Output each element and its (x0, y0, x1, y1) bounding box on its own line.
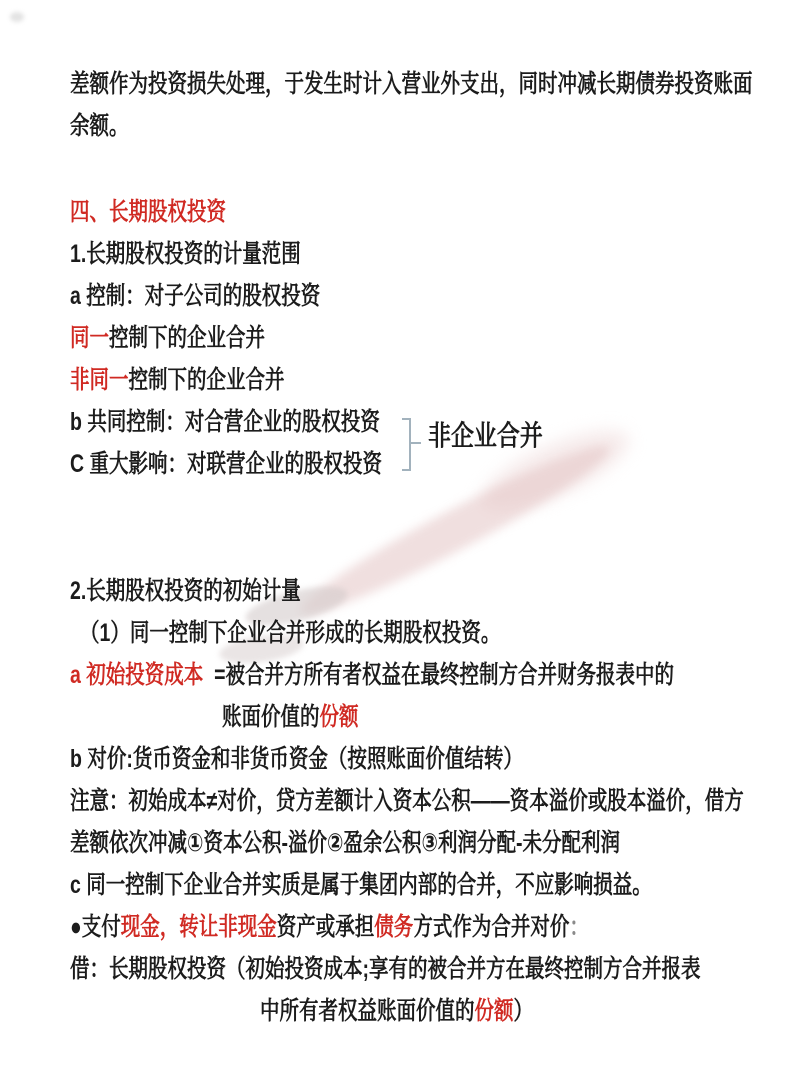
line-content: 注意：初始成本≠对价，贷方差额计入资本公积——资本溢价或股本溢价，借方 (70, 780, 744, 822)
text-line: 同一控制下的企业合并 (70, 317, 770, 359)
line-text: C 重大影响：对联营企业的股权投资 (70, 450, 382, 478)
text-line: b 对价:货币资金和非货币资金（按照账面价值结转） (70, 738, 770, 780)
emphasis-text: 同一 (70, 324, 109, 352)
text-line: 中所有者权益账面价值的份额） (70, 990, 770, 1032)
notes-page: 差额作为投资损失处理，于发生时计入营业外支出，同时冲减长期债券投资账面 余额。 … (70, 63, 770, 1032)
text-line: 余额。 (70, 105, 770, 147)
spacer (70, 147, 770, 191)
emphasis-text: 非同一 (70, 366, 129, 394)
line-text: 资产或承担 (277, 913, 375, 941)
text-line: （1）同一控制下企业合并形成的长期股权投资。 (70, 612, 770, 654)
text-line: 借：长期股权投资（初始投资成本;享有的被合并方在最终控制方合并报表 (70, 948, 770, 990)
line-content: a 初始投资成本 =被合并方所有者权益在最终控制方合并财务报表中的 (70, 654, 674, 696)
line-content: 同一控制下的企业合并 (70, 317, 265, 359)
text-line: 差额作为投资损失处理，于发生时计入营业外支出，同时冲减长期债券投资账面 (70, 63, 770, 105)
line-text: 账面价值的 (222, 703, 320, 731)
line-content: 1.长期股权投资的计量范围 (70, 233, 301, 275)
line-content: 借：长期股权投资（初始投资成本;享有的被合并方在最终控制方合并报表 (70, 948, 700, 990)
line-text: b 对价:货币资金和非货币资金（按照账面价值结转） (70, 745, 523, 773)
line-content: 差额作为投资损失处理，于发生时计入营业外支出，同时冲减长期债券投资账面 (70, 63, 753, 105)
line-text: 控制下的企业合并 (129, 366, 285, 394)
section-heading: 四、长期股权投资 (70, 191, 770, 233)
line-text: ●支付 (70, 913, 121, 941)
line-text: 2.长期股权投资的初始计量 (70, 577, 301, 605)
line-text: b 共同控制：对合营企业的股权投资 (70, 408, 380, 436)
line-text: 差额依次冲减①资本公积-溢价②盈余公积③利润分配-未分配利润 (70, 829, 620, 857)
line-content: b 对价:货币资金和非货币资金（按照账面价值结转） (70, 738, 523, 780)
line-text: 中所有者权益账面价值的 (260, 997, 475, 1025)
line-content: 非同一控制下的企业合并 (70, 359, 285, 401)
emphasis-text: 现金，转让非现金 (121, 913, 277, 941)
line-text: a 控制：对子公司的股权投资 (70, 282, 320, 310)
emphasis-text: a 初始投资成本 (70, 661, 203, 689)
line-content: 中所有者权益账面价值的份额） (260, 990, 533, 1032)
text-line: 1.长期股权投资的计量范围 (70, 233, 770, 275)
line-content: 余额。 (70, 105, 129, 147)
line-content: （1）同一控制下企业合并形成的长期股权投资。 (80, 612, 500, 654)
line-text: （1）同一控制下企业合并形成的长期股权投资。 (80, 619, 500, 647)
line-content: 差额依次冲减①资本公积-溢价②盈余公积③利润分配-未分配利润 (70, 822, 620, 864)
text-line: a 控制：对子公司的股权投资 (70, 275, 770, 317)
line-text: 差额作为投资损失处理，于发生时计入营业外支出，同时冲减长期债券投资账面 (70, 70, 753, 98)
text-line: C 重大影响：对联营企业的股权投资 (70, 443, 770, 485)
spacer (70, 485, 770, 570)
line-content: c 同一控制下企业合并实质是属于集团内部的合并，不应影响损益。 (70, 864, 652, 906)
heading-text: 四、长期股权投资 (70, 198, 226, 226)
line-text: 注意：初始成本≠对价，贷方差额计入资本公积——资本溢价或股本溢价，借方 (70, 787, 744, 815)
line-content: 账面价值的份额 (222, 696, 359, 738)
line-text: 1.长期股权投资的计量范围 (70, 240, 301, 268)
line-text: 余额。 (70, 112, 129, 140)
text-line: c 同一控制下企业合并实质是属于集团内部的合并，不应影响损益。 (70, 864, 770, 906)
text-line: b 共同控制：对合营企业的股权投资 (70, 401, 770, 443)
text-line: 注意：初始成本≠对价，贷方差额计入资本公积——资本溢价或股本溢价，借方 (70, 780, 770, 822)
line-content: 四、长期股权投资 (70, 191, 226, 233)
emphasis-text: 债务 (374, 913, 413, 941)
line-content: b 共同控制：对合营企业的股权投资 (70, 401, 380, 443)
faint-colon: ： (569, 913, 589, 941)
emphasis-text: 份额 (475, 997, 514, 1025)
text-line: 账面价值的份额 (70, 696, 770, 738)
line-content: a 控制：对子公司的股权投资 (70, 275, 320, 317)
line-text: =被合并方所有者权益在最终控制方合并财务报表中的 (203, 661, 674, 689)
text-line: ●支付现金，转让非现金资产或承担债务方式作为合并对价： (70, 906, 770, 948)
line-text: ） (514, 997, 534, 1025)
line-text: 控制下的企业合并 (109, 324, 265, 352)
line-text: c 同一控制下企业合并实质是属于集团内部的合并，不应影响损益。 (70, 871, 652, 899)
text-line: a 初始投资成本 =被合并方所有者权益在最终控制方合并财务报表中的 (70, 654, 770, 696)
text-line: 2.长期股权投资的初始计量 (70, 570, 770, 612)
text-line: 非同一控制下的企业合并 (70, 359, 770, 401)
line-content: 2.长期股权投资的初始计量 (70, 570, 301, 612)
emphasis-text: 份额 (320, 703, 359, 731)
text-line: 差额依次冲减①资本公积-溢价②盈余公积③利润分配-未分配利润 (70, 822, 770, 864)
line-text: 方式作为合并对价 (413, 913, 569, 941)
corner-noise (10, 12, 24, 22)
line-content: C 重大影响：对联营企业的股权投资 (70, 443, 382, 485)
line-content: ●支付现金，转让非现金资产或承担债务方式作为合并对价： (70, 906, 589, 948)
line-text: 借：长期股权投资（初始投资成本;享有的被合并方在最终控制方合并报表 (70, 955, 700, 983)
